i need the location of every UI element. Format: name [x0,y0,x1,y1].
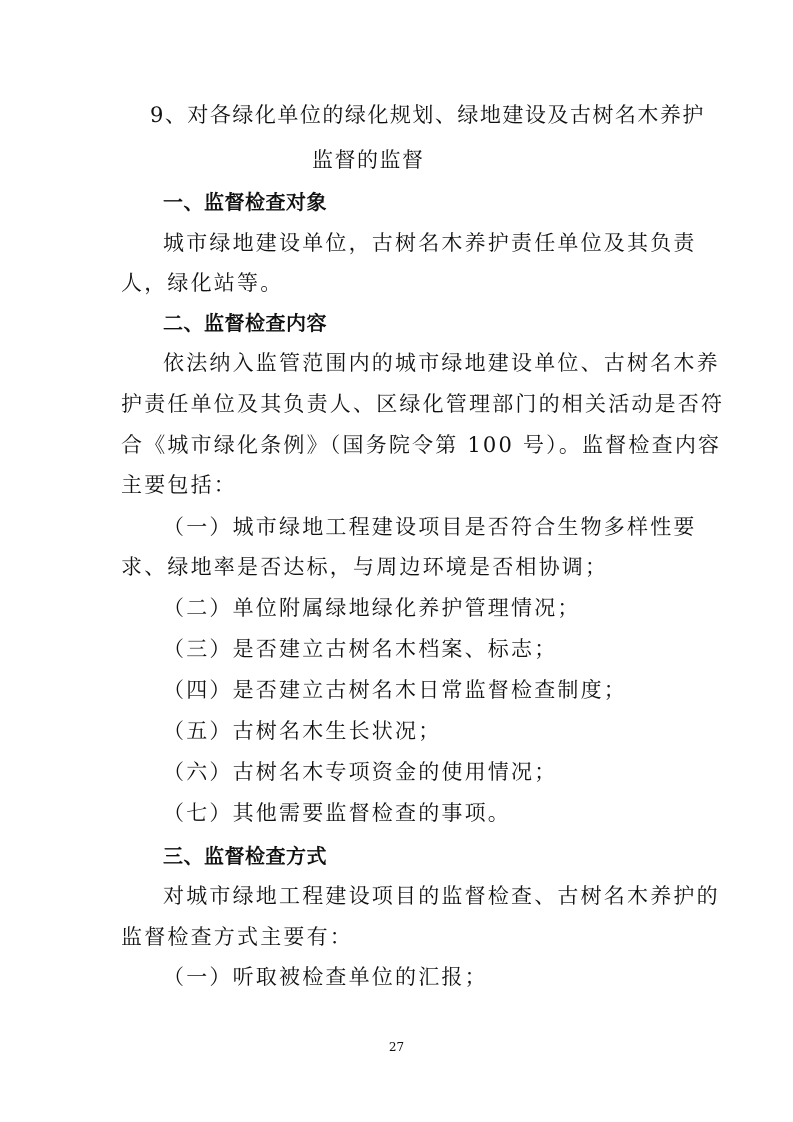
list-item: （四）是否建立古树名木日常监督检查制度； [163,675,627,705]
document-title-line1: 9、对各绿化单位的绿化规划、绿地建设及古树名木养护 [150,100,705,130]
list-item: （五）古树名木生长状况； [163,716,441,746]
page-number: 27 [0,1040,793,1054]
paragraph-line: 人，绿化站等。 [121,268,283,298]
paragraph-line: 合《城市绿化条例》（国务院令第 100 号）。监督检查内容 [121,430,721,460]
list-item: （一）听取被检查单位的汇报； [163,962,488,992]
paragraph-line: 对城市绿地工程建设项目的监督检查、古树名木养护的 [163,881,720,911]
paragraph-line: 监督检查方式主要有： [121,922,353,952]
list-item: （七）其他需要监督检查的事项。 [163,798,511,828]
section-heading-2: 二、监督检查内容 [163,308,327,338]
list-item: （一）城市绿地工程建设项目是否符合生物多样性要 [163,512,697,542]
list-item: （三）是否建立古树名木档案、标志； [163,634,557,664]
list-item: （二）单位附属绿地绿化养护管理情况； [163,593,581,623]
list-item: （六）古树名木专项资金的使用情况； [163,757,557,787]
document-title-line2: 监督的监督 [312,145,425,175]
list-item-continuation: 求、绿地率是否达标，与周边环境是否相协调； [121,552,608,582]
paragraph-line: 依法纳入监管范围内的城市绿地建设单位、古树名木养 [163,348,720,378]
paragraph-line: 护责任单位及其负责人、区绿化管理部门的相关活动是否符 [121,389,724,419]
section-heading-1: 一、监督检查对象 [163,187,327,217]
section-heading-3: 三、监督检查方式 [163,841,327,871]
paragraph-line: 主要包括： [121,470,237,500]
paragraph-line: 城市绿地建设单位，古树名木养护责任单位及其负责 [163,228,697,258]
